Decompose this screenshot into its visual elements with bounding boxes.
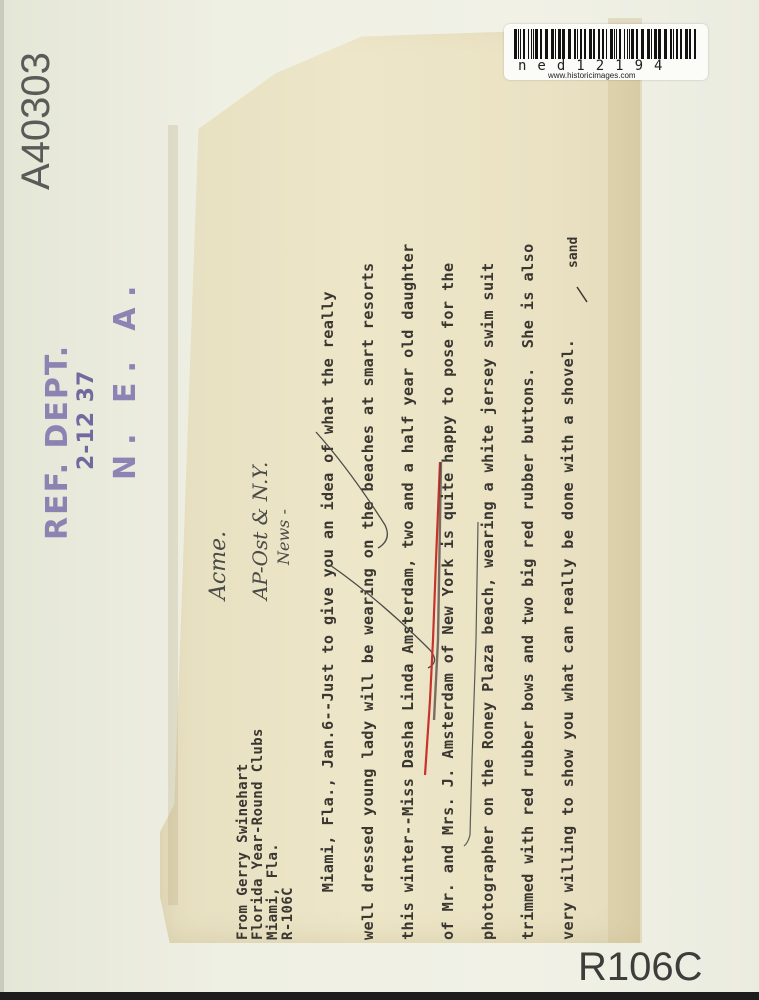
caption-body-line: trimmed with red rubber bows and two big… (521, 243, 536, 940)
caption-body-line: well dressed young lady will be wearing … (361, 262, 376, 940)
handwritten-agency-line-1: Acme. (206, 531, 231, 600)
caption-body-line: very willing to show you what can really… (561, 339, 576, 940)
barcode-url: www.historicimages.com (548, 71, 636, 80)
caption-header-line: R-106C (281, 887, 295, 940)
stamp-ref-dept: REF. DEPT. (40, 344, 75, 540)
handwritten-agency-line-2: AP-Ost & N.Y. (248, 462, 272, 600)
caption-header-line: From Gerry Swinehart (236, 763, 250, 940)
slip-tape-strip (608, 18, 642, 943)
caption-body-line: this winter--Miss Dasha Linda Amsterdam,… (401, 243, 416, 940)
caption-header-line: Miami, Fla. (266, 843, 280, 940)
caption-inserted-word: sand (566, 237, 581, 268)
caption-body-line: of Mr. and Mrs. J. Amsterdam of New York… (441, 262, 456, 940)
barcode-label: ned12194 www.historicimages.com (504, 24, 708, 80)
handwritten-file-code: R106C (578, 945, 703, 990)
scan-border (0, 992, 759, 1000)
caption-header-line: Florida Year-Round Clubs (251, 728, 265, 940)
caption-body-line: photographer on the Roney Plaza beach, w… (481, 262, 496, 940)
slip-fold-shadow (168, 125, 178, 905)
card-edge (0, 0, 4, 992)
stamp-date: 2-12 37 (74, 370, 99, 470)
handwritten-archive-id: A40303 (14, 52, 59, 190)
handwritten-agency-line-3: News - (274, 509, 293, 565)
barcode-icon (514, 29, 700, 59)
caption-body-line: Miami, Fla., Jan.6--Just to give you an … (321, 291, 336, 940)
stamp-nea: N. E. A. (108, 276, 143, 480)
